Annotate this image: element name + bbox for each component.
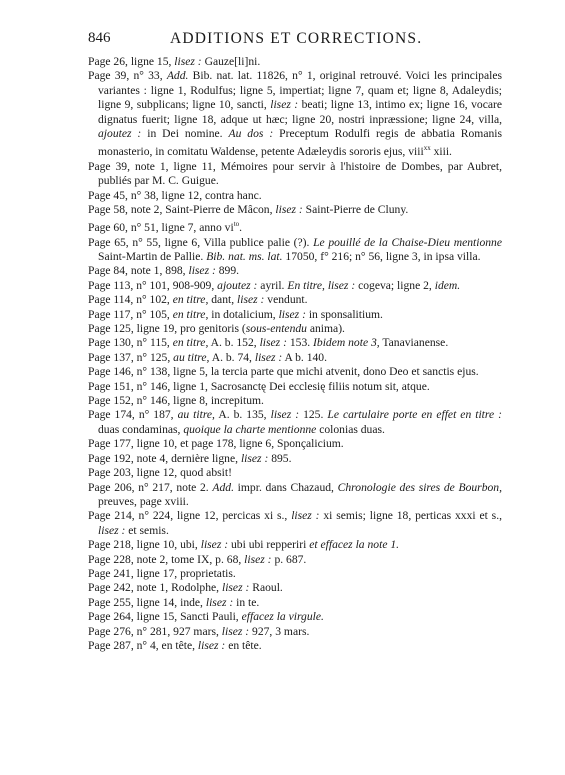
entry-text: Page 255, ligne 14, inde,	[88, 596, 206, 609]
correction-entry: Page 26, ligne 15, lisez : Gauze[li]ni.	[88, 55, 502, 69]
entry-text: anima).	[307, 322, 345, 335]
entry-text: 17050, f° 216; n° 56, ligne 3, in ipsa v…	[283, 250, 481, 263]
correction-entry: Page 255, ligne 14, inde, lisez : in te.	[88, 596, 502, 610]
entry-text: Page 117, n° 105,	[88, 308, 173, 321]
italic-text: lisez :	[241, 452, 268, 465]
entry-text: Page 152, n° 146, ligne 8, increpitum.	[88, 394, 264, 407]
entry-text: Page 60, n° 51, ligne 7, anno vi	[88, 221, 234, 234]
correction-entry: Page 39, n° 33, Add. Bib. nat. lat. 1182…	[88, 69, 502, 159]
italic-text: lisez :	[174, 55, 201, 68]
entry-text: ubi ubi repperiri	[228, 538, 309, 551]
entry-text: vendunt.	[264, 293, 307, 306]
italic-text: lisez :	[201, 538, 228, 551]
italic-text: quoique la charte mentionne	[183, 423, 316, 436]
entry-text: Page 58, note 2, Saint-Pierre de Mâcon,	[88, 203, 275, 216]
entry-text: A. b. 135,	[215, 408, 271, 421]
correction-entry: Page 65, n° 55, ligne 6, Villa publice p…	[88, 236, 502, 265]
correction-entry: Page 152, n° 146, ligne 8, increpitum.	[88, 394, 502, 408]
entry-text: Page 114, n° 102,	[88, 293, 173, 306]
entry-text: duas condaminas,	[98, 423, 183, 436]
entry-text: 125.	[299, 408, 327, 421]
entry-text: Page 242, note 1, Rodolphe,	[88, 581, 222, 594]
italic-text: En titre, lisez :	[287, 279, 355, 292]
entry-text: dant,	[208, 293, 237, 306]
italic-text: lisez :	[279, 308, 306, 321]
entry-text: ayril.	[257, 279, 287, 292]
entry-text: Page 192, note 4, dernière ligne,	[88, 452, 241, 465]
entry-text: Page 26, ligne 15,	[88, 55, 174, 68]
entry-text: Page 241, ligne 17, proprietatis.	[88, 567, 236, 580]
entry-text: Saint-Martin de Pallie.	[98, 250, 206, 263]
entry-text: in sponsalitium.	[306, 308, 383, 321]
page-number: 846	[88, 30, 111, 47]
correction-entry: Page 39, note 1, ligne 11, Mémoires pour…	[88, 160, 502, 189]
document-page: 846 ADDITIONS ET CORRECTIONS. Page 26, l…	[88, 30, 502, 653]
italic-text: lisez :	[222, 581, 249, 594]
correction-entry: Page 146, n° 138, ligne 5, la tercia par…	[88, 365, 502, 379]
entry-text: en tête.	[225, 639, 261, 652]
correction-entry: Page 125, ligne 19, pro genitoris (sous-…	[88, 322, 502, 336]
italic-text: lisez :	[275, 203, 302, 216]
correction-entry: Page 84, note 1, 898, lisez : 899.	[88, 264, 502, 278]
entry-text: Page 151, n° 146, ligne 1, Sacrosanctę D…	[88, 380, 430, 393]
italic-text: ajoutez :	[217, 279, 257, 292]
italic-text: idem.	[435, 279, 460, 292]
entry-text: 895.	[268, 452, 291, 465]
italic-text: Bib. nat. ms. lat.	[206, 250, 282, 263]
italic-text: et effacez la note 1.	[309, 538, 399, 551]
entry-text: Page 45, n° 38, ligne 12, contra hanc.	[88, 189, 262, 202]
italic-text: Add.	[167, 69, 189, 82]
italic-text: en titre,	[173, 293, 209, 306]
entry-text: xx	[424, 144, 431, 152]
entry-text: Page 228, note 2, tome IX, p. 68,	[88, 553, 244, 566]
correction-entry: Page 242, note 1, Rodolphe, lisez : Raou…	[88, 581, 502, 595]
entry-text: Page 203, ligne 12, quod absit!	[88, 466, 232, 479]
entry-text: in te.	[233, 596, 259, 609]
entry-text: preuves, page xviii.	[98, 495, 189, 508]
italic-text: lisez :	[98, 524, 125, 537]
italic-text: au titre,	[173, 351, 209, 364]
entry-text: Page 214, n° 224, ligne 12, percicas xi …	[88, 509, 291, 522]
italic-text: lisez :	[260, 336, 287, 349]
entry-text: Raoul.	[249, 581, 283, 594]
entry-text: xiii.	[431, 145, 452, 158]
italic-text: lisez :	[222, 625, 249, 638]
italic-text: ajoutez :	[98, 127, 141, 140]
correction-entry: Page 264, ligne 15, Sancti Pauli, efface…	[88, 610, 502, 624]
entry-text: Gauze[li]ni.	[202, 55, 261, 68]
entry-text: Page 218, ligne 10, ubi,	[88, 538, 201, 551]
correction-entry: Page 137, n° 125, au titre, A. b. 74, li…	[88, 351, 502, 365]
italic-text: en titre,	[173, 336, 209, 349]
correction-entry: Page 117, n° 105, en titre, in dotaliciu…	[88, 308, 502, 322]
italic-text: lisez :	[291, 509, 319, 522]
entry-text: 899.	[216, 264, 239, 277]
correction-entry: Page 113, n° 101, 908-909, ajoutez : ayr…	[88, 279, 502, 293]
italic-text: Au dos :	[228, 127, 273, 140]
entry-text: xi semis; ligne 18, perticas xxxi et s.,	[320, 509, 502, 522]
entry-text: p. 687.	[272, 553, 307, 566]
italic-text: lisez :	[271, 408, 299, 421]
entry-text: in Dei nomine.	[141, 127, 228, 140]
entry-text: Page 264, ligne 15, Sancti Pauli,	[88, 610, 242, 623]
entry-text: Page 177, ligne 10, et page 178, ligne 6…	[88, 437, 344, 450]
entry-text: A. b. 152,	[208, 336, 259, 349]
entry-text: A. b. 74,	[209, 351, 254, 364]
entry-text: Page 39, note 1, ligne 11, Mémoires pour…	[88, 160, 502, 187]
italic-text: lisez :	[188, 264, 215, 277]
entry-text: Page 146, n° 138, ligne 5, la tercia par…	[88, 365, 479, 378]
correction-entry: Page 151, n° 146, ligne 1, Sacrosanctę D…	[88, 380, 502, 394]
correction-entry: Page 177, ligne 10, et page 178, ligne 6…	[88, 437, 502, 451]
entry-text: colonias duas.	[316, 423, 385, 436]
corrections-list: Page 26, ligne 15, lisez : Gauze[li]ni.P…	[88, 55, 502, 653]
entry-text: Page 113, n° 101, 908-909,	[88, 279, 217, 292]
correction-entry: Page 45, n° 38, ligne 12, contra hanc.	[88, 189, 502, 203]
page-title: ADDITIONS ET CORRECTIONS.	[170, 30, 422, 48]
correction-entry: Page 174, n° 187, au titre, A. b. 135, l…	[88, 408, 502, 437]
entry-text: A b. 140.	[282, 351, 327, 364]
correction-entry: Page 276, n° 281, 927 mars, lisez : 927,…	[88, 625, 502, 639]
italic-text: Chronologie des sires de Bourbon,	[338, 481, 502, 494]
italic-text: sous-entendu	[246, 322, 307, 335]
italic-text: en titre,	[173, 308, 209, 321]
correction-entry: Page 206, n° 217, note 2. Add. impr. dan…	[88, 481, 502, 510]
correction-entry: Page 287, n° 4, en tête, lisez : en tête…	[88, 639, 502, 653]
entry-text: 927, 3 mars.	[249, 625, 309, 638]
entry-text: Page 287, n° 4, en tête,	[88, 639, 198, 652]
entry-text: Page 174, n° 187,	[88, 408, 178, 421]
italic-text: Le cartulaire porte en effet en titre :	[327, 408, 502, 421]
correction-entry: Page 58, note 2, Saint-Pierre de Mâcon, …	[88, 203, 502, 217]
correction-entry: Page 130, n° 115, en titre, A. b. 152, l…	[88, 336, 502, 350]
correction-entry: Page 241, ligne 17, proprietatis.	[88, 567, 502, 581]
entry-text: impr. dans Chazaud,	[234, 481, 338, 494]
italic-text: lisez :	[206, 596, 233, 609]
italic-text: lisez :	[270, 98, 298, 111]
entry-text: cogeva; ligne 2,	[355, 279, 435, 292]
entry-text: .	[239, 221, 242, 234]
entry-text: Page 206, n° 217, note 2.	[88, 481, 212, 494]
correction-entry: Page 203, ligne 12, quod absit!	[88, 466, 502, 480]
italic-text: au titre,	[178, 408, 215, 421]
entry-text: Page 137, n° 125,	[88, 351, 173, 364]
correction-entry: Page 192, note 4, dernière ligne, lisez …	[88, 452, 502, 466]
correction-entry: Page 214, n° 224, ligne 12, percicas xi …	[88, 509, 502, 538]
entry-text: Tanavianense.	[380, 336, 449, 349]
italic-text: Add.	[212, 481, 234, 494]
entry-text: Page 84, note 1, 898,	[88, 264, 188, 277]
italic-text: lisez :	[244, 553, 271, 566]
italic-text: Le pouillé de la Chaise-Dieu mentionne	[313, 236, 502, 249]
correction-entry: Page 60, n° 51, ligne 7, anno vito.	[88, 217, 502, 235]
entry-text: Page 276, n° 281, 927 mars,	[88, 625, 222, 638]
italic-text: Ibidem note 3,	[313, 336, 380, 349]
page-header: 846 ADDITIONS ET CORRECTIONS.	[88, 30, 502, 52]
correction-entry: Page 114, n° 102, en titre, dant, lisez …	[88, 293, 502, 307]
correction-entry: Page 228, note 2, tome IX, p. 68, lisez …	[88, 553, 502, 567]
entry-text: Page 39, n° 33,	[88, 69, 167, 82]
italic-text: lisez :	[198, 639, 225, 652]
entry-text: Page 130, n° 115,	[88, 336, 173, 349]
italic-text: lisez :	[255, 351, 282, 364]
entry-text: et semis.	[125, 524, 168, 537]
entry-text: Page 65, n° 55, ligne 6, Villa publice p…	[88, 236, 313, 249]
correction-entry: Page 218, ligne 10, ubi, lisez : ubi ubi…	[88, 538, 502, 552]
entry-text: 153.	[287, 336, 313, 349]
italic-text: effacez la virgule.	[242, 610, 324, 623]
italic-text: lisez :	[237, 293, 264, 306]
entry-text: Page 125, ligne 19, pro genitoris (	[88, 322, 246, 335]
entry-text: Saint-Pierre de Cluny.	[303, 203, 409, 216]
entry-text: in dotalicium,	[208, 308, 278, 321]
